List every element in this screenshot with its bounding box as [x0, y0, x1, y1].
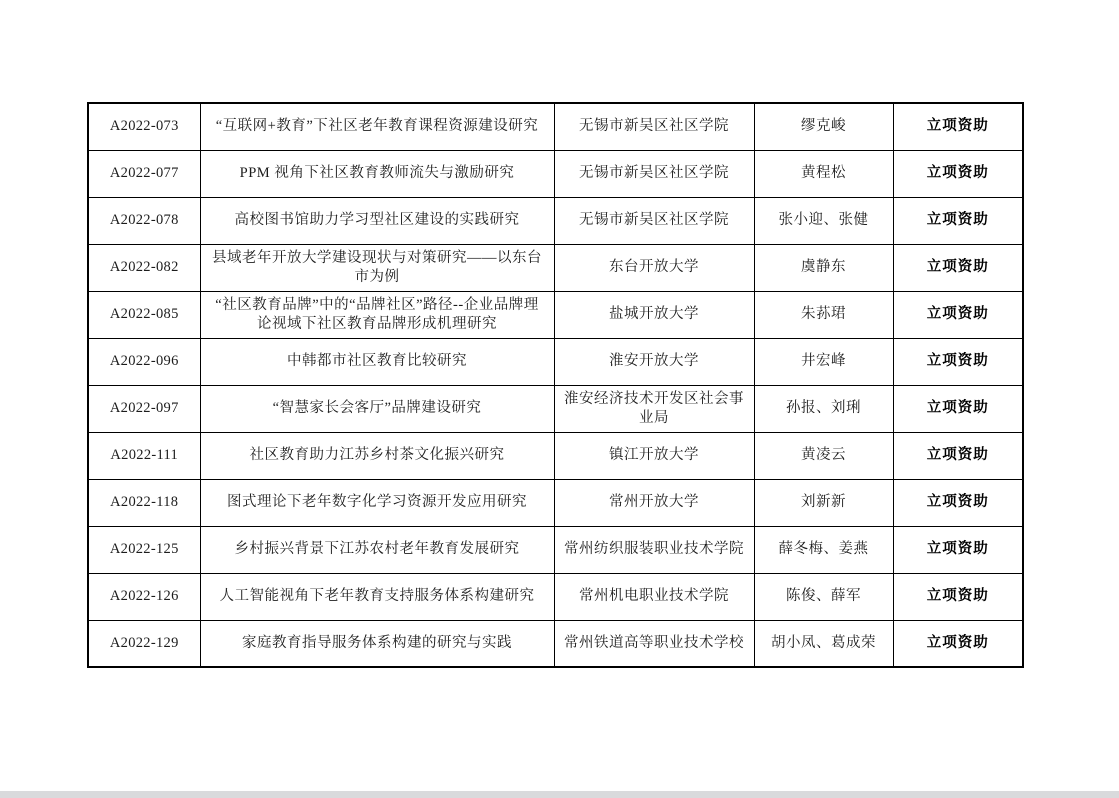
- leader-cell: 黄凌云: [754, 432, 893, 479]
- table-row: A2022-077 PPM 视角下社区教育教师流失与激励研究 无锡市新吴区社区学…: [88, 150, 1023, 197]
- leader-cell: 缪克峻: [754, 103, 893, 150]
- leader-cell: 薛冬梅、姜燕: [754, 526, 893, 573]
- project-title-cell: “互联网+教育”下社区老年教育课程资源建设研究: [200, 103, 554, 150]
- leader-cell: 胡小凤、葛成荣: [754, 620, 893, 667]
- table-row: A2022-125 乡村振兴背景下江苏农村老年教育发展研究 常州纺织服装职业技术…: [88, 526, 1023, 573]
- project-id-cell: A2022-126: [88, 573, 200, 620]
- leader-cell: 井宏峰: [754, 338, 893, 385]
- project-title-cell: 人工智能视角下老年教育支持服务体系构建研究: [200, 573, 554, 620]
- project-id-cell: A2022-129: [88, 620, 200, 667]
- project-id-cell: A2022-125: [88, 526, 200, 573]
- leader-cell: 张小迎、张健: [754, 197, 893, 244]
- table-row: A2022-096 中韩都市社区教育比较研究 淮安开放大学 井宏峰 立项资助: [88, 338, 1023, 385]
- project-title-cell: “智慧家长会客厅”品牌建设研究: [200, 385, 554, 432]
- table-row: A2022-082 县域老年开放大学建设现状与对策研究——以东台市为例 东台开放…: [88, 244, 1023, 291]
- table-row: A2022-126 人工智能视角下老年教育支持服务体系构建研究 常州机电职业技术…: [88, 573, 1023, 620]
- table-row: A2022-073 “互联网+教育”下社区老年教育课程资源建设研究 无锡市新吴区…: [88, 103, 1023, 150]
- status-cell: 立项资助: [893, 479, 1023, 526]
- institution-cell: 淮安开放大学: [554, 338, 754, 385]
- status-cell: 立项资助: [893, 526, 1023, 573]
- institution-cell: 常州铁道高等职业技术学校: [554, 620, 754, 667]
- status-cell: 立项资助: [893, 432, 1023, 479]
- project-title-cell: 乡村振兴背景下江苏农村老年教育发展研究: [200, 526, 554, 573]
- project-id-cell: A2022-118: [88, 479, 200, 526]
- table-row: A2022-111 社区教育助力江苏乡村茶文化振兴研究 镇江开放大学 黄凌云 立…: [88, 432, 1023, 479]
- institution-cell: 无锡市新吴区社区学院: [554, 103, 754, 150]
- table-row: A2022-129 家庭教育指导服务体系构建的研究与实践 常州铁道高等职业技术学…: [88, 620, 1023, 667]
- project-title-cell: PPM 视角下社区教育教师流失与激励研究: [200, 150, 554, 197]
- leader-cell: 朱荪珺: [754, 291, 893, 338]
- leader-cell: 黄程松: [754, 150, 893, 197]
- project-id-cell: A2022-111: [88, 432, 200, 479]
- project-id-cell: A2022-073: [88, 103, 200, 150]
- leader-cell: 虞静东: [754, 244, 893, 291]
- viewer-bottom-edge: [0, 791, 1119, 798]
- table-row: A2022-097 “智慧家长会客厅”品牌建设研究 淮安经济技术开发区社会事业局…: [88, 385, 1023, 432]
- project-title-cell: 家庭教育指导服务体系构建的研究与实践: [200, 620, 554, 667]
- project-id-cell: A2022-077: [88, 150, 200, 197]
- institution-cell: 镇江开放大学: [554, 432, 754, 479]
- project-id-cell: A2022-096: [88, 338, 200, 385]
- project-title-cell: 县域老年开放大学建设现状与对策研究——以东台市为例: [200, 244, 554, 291]
- institution-cell: 盐城开放大学: [554, 291, 754, 338]
- project-id-cell: A2022-097: [88, 385, 200, 432]
- project-title-cell: 中韩都市社区教育比较研究: [200, 338, 554, 385]
- leader-cell: 刘新新: [754, 479, 893, 526]
- project-title-cell: 图式理论下老年数字化学习资源开发应用研究: [200, 479, 554, 526]
- project-title-cell: 高校图书馆助力学习型社区建设的实践研究: [200, 197, 554, 244]
- project-id-cell: A2022-082: [88, 244, 200, 291]
- institution-cell: 常州纺织服装职业技术学院: [554, 526, 754, 573]
- institution-cell: 常州开放大学: [554, 479, 754, 526]
- leader-cell: 陈俊、薛军: [754, 573, 893, 620]
- institution-cell: 常州机电职业技术学院: [554, 573, 754, 620]
- institution-cell: 无锡市新吴区社区学院: [554, 197, 754, 244]
- table-row: A2022-085 “社区教育品牌”中的“品牌社区”路径--企业品牌理论视域下社…: [88, 291, 1023, 338]
- status-cell: 立项资助: [893, 573, 1023, 620]
- project-id-cell: A2022-085: [88, 291, 200, 338]
- status-cell: 立项资助: [893, 244, 1023, 291]
- project-title-cell: “社区教育品牌”中的“品牌社区”路径--企业品牌理论视域下社区教育品牌形成机理研…: [200, 291, 554, 338]
- status-cell: 立项资助: [893, 197, 1023, 244]
- status-cell: 立项资助: [893, 291, 1023, 338]
- status-cell: 立项资助: [893, 620, 1023, 667]
- document-page: A2022-073 “互联网+教育”下社区老年教育课程资源建设研究 无锡市新吴区…: [0, 0, 1119, 791]
- project-title-cell: 社区教育助力江苏乡村茶文化振兴研究: [200, 432, 554, 479]
- institution-cell: 无锡市新吴区社区学院: [554, 150, 754, 197]
- institution-cell: 淮安经济技术开发区社会事业局: [554, 385, 754, 432]
- table-row: A2022-078 高校图书馆助力学习型社区建设的实践研究 无锡市新吴区社区学院…: [88, 197, 1023, 244]
- status-cell: 立项资助: [893, 338, 1023, 385]
- leader-cell: 孙报、刘琍: [754, 385, 893, 432]
- projects-table: A2022-073 “互联网+教育”下社区老年教育课程资源建设研究 无锡市新吴区…: [87, 102, 1024, 668]
- status-cell: 立项资助: [893, 150, 1023, 197]
- table-row: A2022-118 图式理论下老年数字化学习资源开发应用研究 常州开放大学 刘新…: [88, 479, 1023, 526]
- status-cell: 立项资助: [893, 385, 1023, 432]
- status-cell: 立项资助: [893, 103, 1023, 150]
- institution-cell: 东台开放大学: [554, 244, 754, 291]
- project-id-cell: A2022-078: [88, 197, 200, 244]
